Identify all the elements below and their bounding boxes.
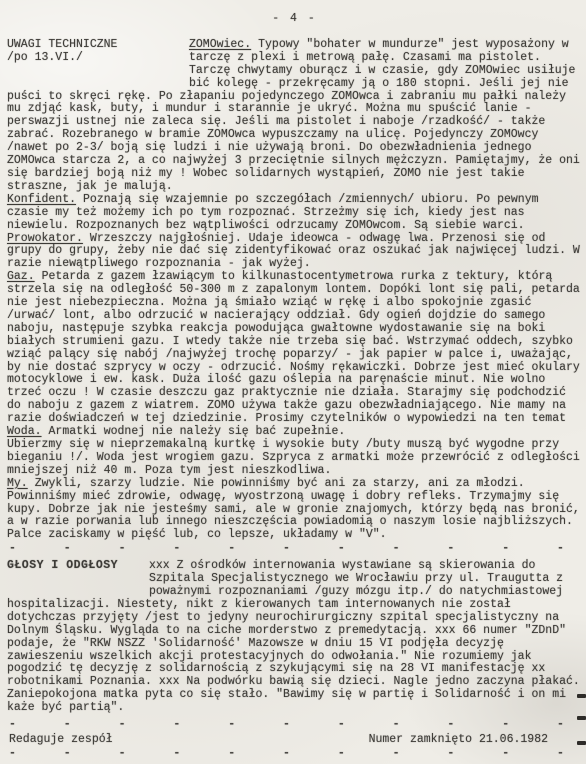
scan-artifact	[577, 741, 586, 745]
footer: Redaguje zespół Numer zamknięto 21.06.19…	[9, 734, 582, 747]
paragraph-lead: ZOMOwiec.	[189, 38, 258, 51]
paragraph-lead: Prowokator.	[7, 232, 90, 245]
page-number: - 4 -	[7, 13, 582, 26]
section-label-line2: /po 13.VI./	[7, 52, 189, 65]
section-uwagi-techniczne: UWAGI TECHNICZNE/po 13.VI./ ZOMOwiec.Typ…	[7, 39, 582, 542]
page-content: - 4 - UWAGI TECHNICZNE/po 13.VI./ ZOMOwi…	[7, 13, 582, 762]
paragraph-lead: Woda.	[7, 425, 49, 438]
dashed-separator: - - - - - - - - - - -	[9, 719, 582, 732]
paragraph-woda: Woda.Armatki wodnej nie należy się bać z…	[7, 426, 582, 478]
footer-editor-note: Redaguje zespół	[9, 734, 113, 747]
paragraph-prowokator: Prowokator.Wrzeszczy najgłośniej. Udaje …	[7, 233, 582, 272]
dashed-separator: - - - - - - - - - - -	[9, 543, 582, 556]
section-glosy-i-odglosy: GŁOSY I ODGŁOSY xxx Z ośrodków internowa…	[7, 560, 582, 715]
dashed-separator: - - - - - - - - - - -	[9, 748, 582, 761]
paragraph-text: Poznają się wzajemnie po szczegółach /zm…	[7, 193, 545, 232]
paragraph-lead: Konfident.	[7, 193, 83, 206]
paragraph-text: Petarda z gazem łzawiącym to kilkunastoc…	[7, 270, 586, 425]
scanned-document-page: - 4 - UWAGI TECHNICZNE/po 13.VI./ ZOMOwi…	[0, 0, 586, 764]
paragraph-text: Armatki wodnej nie należy się bać zupełn…	[7, 425, 586, 477]
paragraph-gaz: Gaz.Petarda z gazem łzawiącym to kilkuna…	[7, 271, 582, 426]
footer-issue-closed-date: Numer zamknięto 21.06.1982	[369, 734, 548, 747]
section-label-uwagi: UWAGI TECHNICZNE/po 13.VI./	[7, 39, 189, 78]
scan-artifact	[577, 716, 586, 720]
scan-artifact	[577, 694, 586, 698]
paragraph-text: Zwykli, szarzy ludzie. Nie powinniśmy by…	[7, 477, 586, 542]
section-label-line1: UWAGI TECHNICZNE	[7, 39, 189, 52]
section-label-glosy: GŁOSY I ODGŁOSY	[7, 560, 149, 586]
paragraph-text: Wrzeszczy najgłośniej. Udaje ideowca - o…	[7, 232, 586, 271]
paragraph-lead: Gaz.	[7, 270, 42, 283]
paragraph-konfident: Konfident.Poznają się wzajemnie po szcze…	[7, 194, 582, 233]
paragraph-my: My.Zwykli, szarzy ludzie. Nie powinniśmy…	[7, 478, 582, 543]
paragraph-lead: My.	[7, 477, 35, 490]
